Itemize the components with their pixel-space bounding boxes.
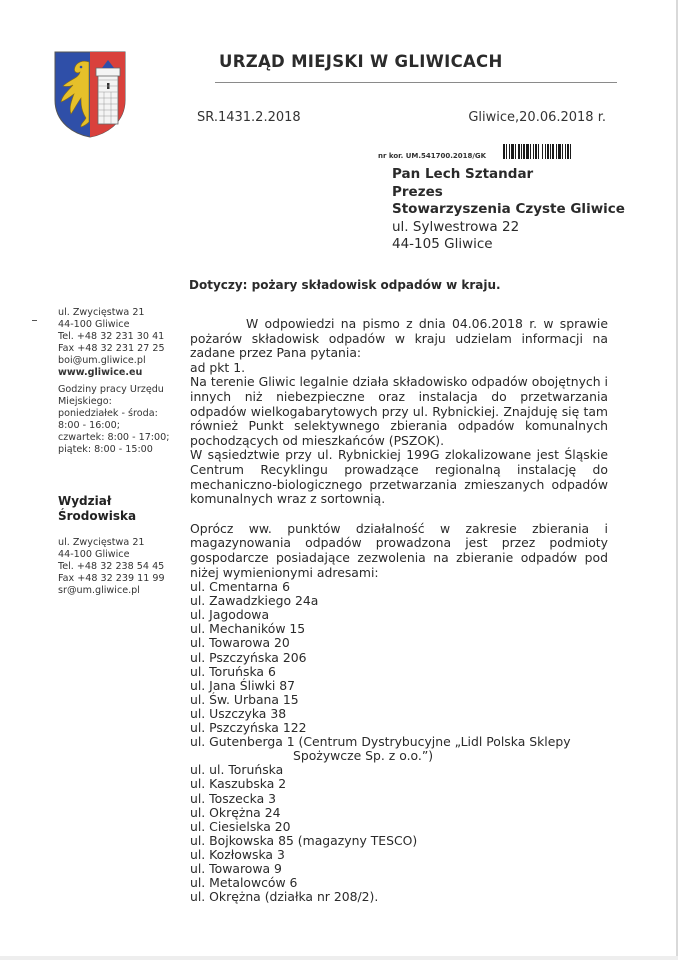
office-phone: Tel. +48 32 231 30 41 xyxy=(58,331,165,343)
address-item: ul. ul. Toruńska xyxy=(190,763,608,777)
paragraph-recycling-center: W sąsiedztwie przy ul. Rybnickiej 199G z… xyxy=(190,448,608,506)
address-item: ul. Uszczyka 38 xyxy=(190,707,608,721)
address-item: ul. Pszczyńska 122 xyxy=(190,721,608,735)
intro-paragraph: W odpowiedzi na pismo z dnia 04.06.2018 … xyxy=(190,317,608,361)
address-item: ul. Jana Śliwki 87 xyxy=(190,679,608,693)
hours-title: Godziny pracy Urzędu xyxy=(58,384,169,396)
dept-email: sr@um.gliwice.pl xyxy=(58,585,165,597)
department-contact: ul. Zwycięstwa 21 44-100 Gliwice Tel. +4… xyxy=(58,537,165,597)
coat-of-arms-icon xyxy=(53,50,127,138)
reference-sign: SR.1431.2.2018 xyxy=(197,110,301,125)
paragraph-permits: Oprócz ww. punktów działalność w zakresi… xyxy=(190,522,608,580)
office-street: ul. Zwycięstwa 21 xyxy=(58,307,165,319)
recipient-street: ul. Sylwestrowa 22 xyxy=(392,219,625,237)
address-item: ul. Okrężna 24 xyxy=(190,806,608,820)
address-item: Spożywcze Sp. z o.o.”) xyxy=(190,749,608,763)
recipient-city: 44-105 Gliwice xyxy=(392,236,625,254)
barcode-icon xyxy=(503,144,595,159)
address-item: ul. Św. Urbana 15 xyxy=(190,693,608,707)
address-item: ul. Mechaników 15 xyxy=(190,622,608,636)
header-divider xyxy=(215,82,617,83)
department-name: Wydział Środowiska xyxy=(58,494,136,524)
address-item: ul. Cmentarna 6 xyxy=(190,580,608,594)
address-item: ul. Kozłowska 3 xyxy=(190,848,608,862)
department-name-line2: Środowiska xyxy=(58,509,136,524)
hours-line: 8:00 - 16:00; xyxy=(58,420,169,432)
office-contact: ul. Zwycięstwa 21 44-100 Gliwice Tel. +4… xyxy=(58,307,165,379)
fold-mark xyxy=(32,320,37,321)
place-date: Gliwice,20.06.2018 r. xyxy=(468,110,606,125)
address-item: ul. Gutenberga 1 (Centrum Dystrybucyjne … xyxy=(190,735,608,749)
recipient-name: Pan Lech Sztandar xyxy=(392,166,625,184)
organization-name: URZĄD MIEJSKI W GLIWICACH xyxy=(219,52,503,71)
address-item: ul. Toszecka 3 xyxy=(190,792,608,806)
letter-subject: Dotyczy: pożary składowisk odpadów w kra… xyxy=(189,278,501,292)
address-item: ul. Towarowa 9 xyxy=(190,862,608,876)
dept-fax: Fax +48 32 239 11 99 xyxy=(58,573,165,585)
hours-line: czwartek: 8:00 - 17:00; xyxy=(58,432,169,444)
address-item: ul. Toruńska 6 xyxy=(190,665,608,679)
recipient-block: Pan Lech Sztandar Prezes Stowarzyszenia … xyxy=(392,166,625,254)
office-city: 44-100 Gliwice xyxy=(58,319,165,331)
letter-body: W odpowiedzi na pismo z dnia 04.06.2018 … xyxy=(190,317,608,904)
office-fax: Fax +48 32 231 27 25 xyxy=(58,343,165,355)
office-website: www.gliwice.eu xyxy=(58,367,165,379)
correspondence-number: nr kor. UM.541700.2018/GK xyxy=(378,152,486,160)
page-bottom-edge xyxy=(0,956,678,960)
address-item: ul. Jagodowa xyxy=(190,608,608,622)
hours-line: piątek: 8:00 - 15:00 xyxy=(58,444,169,456)
hours-line: poniedziałek - środa: xyxy=(58,408,169,420)
address-item: ul. Kaszubska 2 xyxy=(190,777,608,791)
recipient-title: Prezes xyxy=(392,184,625,202)
address-item: ul. Ciesielska 20 xyxy=(190,820,608,834)
office-hours: Godziny pracy Urzędu Miejskiego: poniedz… xyxy=(58,384,169,456)
hours-title-cont: Miejskiego: xyxy=(58,396,169,408)
dept-city: 44-100 Gliwice xyxy=(58,549,165,561)
address-list: ul. Cmentarna 6ul. Zawadzkiego 24aul. Ja… xyxy=(190,580,608,904)
dept-street: ul. Zwycięstwa 21 xyxy=(58,537,165,549)
address-item: ul. Bojkowska 85 (magazyny TESCO) xyxy=(190,834,608,848)
dept-phone: Tel. +48 32 238 54 45 xyxy=(58,561,165,573)
address-item: ul. Towarowa 20 xyxy=(190,636,608,650)
office-email: boi@um.gliwice.pl xyxy=(58,355,165,367)
point-label: ad pkt 1. xyxy=(190,361,608,376)
recipient-organization: Stowarzyszenia Czyste Gliwice xyxy=(392,201,625,219)
address-item: ul. Zawadzkiego 24a xyxy=(190,594,608,608)
address-item: ul. Pszczyńska 206 xyxy=(190,651,608,665)
department-name-line1: Wydział xyxy=(58,494,136,509)
address-item: ul. Metalowców 6 xyxy=(190,876,608,890)
paragraph-landfill: Na terenie Gliwic legalnie działa składo… xyxy=(190,375,608,448)
address-item: ul. Okrężna (działka nr 208/2). xyxy=(190,890,608,904)
